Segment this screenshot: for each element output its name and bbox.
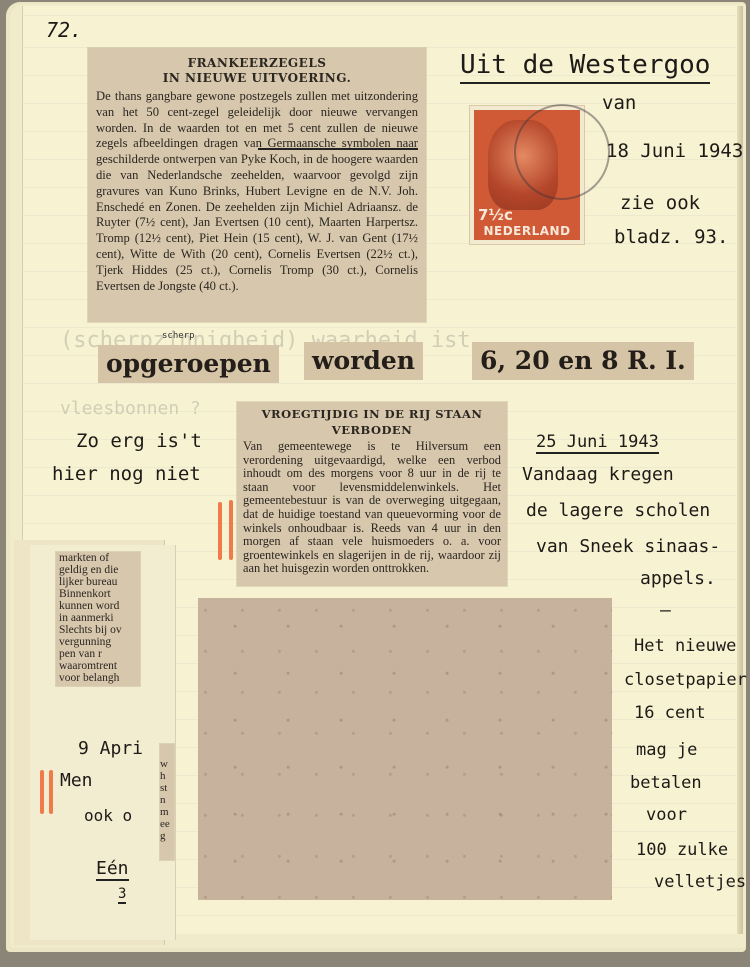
narrow-clipping: whstnmeeg [160, 744, 174, 860]
handwritten-title: Uit de Westergoo [460, 50, 710, 84]
handwritten-insert-scherp: scherp [162, 331, 195, 341]
clipping-line: kunnen word [59, 600, 140, 612]
toilet-paper-sample [198, 598, 612, 900]
handwritten-line: de lagere scholen [526, 500, 710, 521]
clipping-line: m [160, 806, 174, 818]
clipping-line: h [160, 770, 174, 782]
clipping-line: g [160, 830, 174, 842]
handwritten-dash: – [660, 600, 671, 621]
handwritten-partial-underlined: Eén [96, 858, 129, 881]
word-strip-opgeroepen: opgeroepen [98, 345, 279, 383]
word-strip-regiments: 6, 20 en 8 R. I. [472, 342, 694, 380]
handwritten-line: van Sneek sinaas- [536, 536, 720, 557]
orange-margin-mark [218, 502, 222, 560]
pen-underline-germaansche-symbolen [258, 148, 418, 150]
orange-margin-mark-4 [49, 770, 53, 814]
clipping-stamps: FRANKEERZEGELS IN NIEUWE UITVOERING. De … [88, 48, 426, 322]
handwritten-zo-erg: Zo erg is't [76, 430, 202, 452]
clipping-line: waaromtrent [59, 660, 140, 672]
clipping-line: w [160, 758, 174, 770]
clipping-line: in aanmerki [59, 612, 140, 624]
handwritten-date-25-juni: 25 Juni 1943 [536, 432, 659, 454]
clipping-line: voor belangh [59, 672, 140, 684]
handwritten-note-line: betalen [630, 773, 702, 793]
postage-stamp: 7½c NEDERLAND [474, 110, 580, 240]
clipping-line: geldig en die [59, 564, 140, 576]
clipping-line: Slechts bij ov [59, 624, 140, 636]
clipping-line: n [160, 794, 174, 806]
handwritten-note-line: voor [646, 805, 687, 825]
handwritten-date-18-juni: 18 Juni 1943 [606, 140, 743, 162]
stamp-country: NEDERLAND [474, 224, 580, 238]
handwritten-line: Vandaag kregen [522, 464, 674, 485]
clipping-line: ee [160, 818, 174, 830]
orange-margin-mark-3 [40, 770, 44, 814]
handwritten-hier-nog-niet: hier nog niet [52, 463, 201, 485]
clipping-stamps-headline-2: IN NIEUWE UITVOERING. [96, 71, 418, 86]
handwritten-note-line: mag je [636, 740, 697, 760]
handwritten-van: van [602, 92, 636, 114]
word-strip-worden: worden [304, 342, 423, 380]
handwritten-bladz: bladz. 93. [614, 226, 728, 248]
handwritten-partial: 9 Apri [78, 738, 143, 759]
handwritten-line: appels. [640, 568, 716, 589]
clipping-queue-headline-1: VROEGTIJDIG IN DE RIJ STAAN [243, 406, 501, 422]
clipping-line: lijker bureau [59, 576, 140, 588]
clipping-queue: VROEGTIJDIG IN DE RIJ STAAN VERBODEN Van… [237, 402, 507, 586]
handwritten-partial: ook o [84, 806, 132, 825]
partial-clipping-left-text: markten ofgeldig en dielijker bureauBinn… [59, 552, 140, 684]
partial-clipping-left: markten ofgeldig en dielijker bureauBinn… [56, 552, 140, 686]
clipping-line: Binnenkort [59, 588, 140, 600]
postmark-icon [514, 104, 610, 200]
handwritten-partial: Men [60, 770, 93, 791]
bleed-through-text-2: vleesbonnen ? [60, 398, 201, 419]
clipping-stamps-body: De thans gangbare gewone postzegels zull… [96, 89, 418, 294]
page-number: 72. [46, 18, 82, 42]
narrow-clipping-text: whstnmeeg [160, 758, 174, 842]
handwritten-note-line: velletjes [654, 872, 746, 892]
handwritten-note-line: closetpapier [624, 670, 747, 690]
orange-margin-mark-2 [229, 500, 233, 560]
clipping-queue-body: Van gemeentewege is te Hilversum een ver… [243, 440, 501, 576]
clipping-line: vergunning [59, 636, 140, 648]
stamp-value: 7½c [478, 206, 513, 224]
handwritten-zie-ook: zie ook [620, 192, 700, 214]
clipping-queue-headline-2: VERBODEN [243, 422, 501, 438]
clipping-line: st [160, 782, 174, 794]
handwritten-note-line: Het nieuwe [634, 636, 736, 656]
handwritten-note-line: 16 cent [634, 703, 706, 723]
handwritten-note-line: 100 zulke [636, 840, 728, 860]
handwritten-partial-number: 3 [118, 886, 126, 904]
clipping-stamps-headline-1: FRANKEERZEGELS [96, 56, 418, 71]
clipping-line: pen van r [59, 648, 140, 660]
clipping-line: markten of [59, 552, 140, 564]
